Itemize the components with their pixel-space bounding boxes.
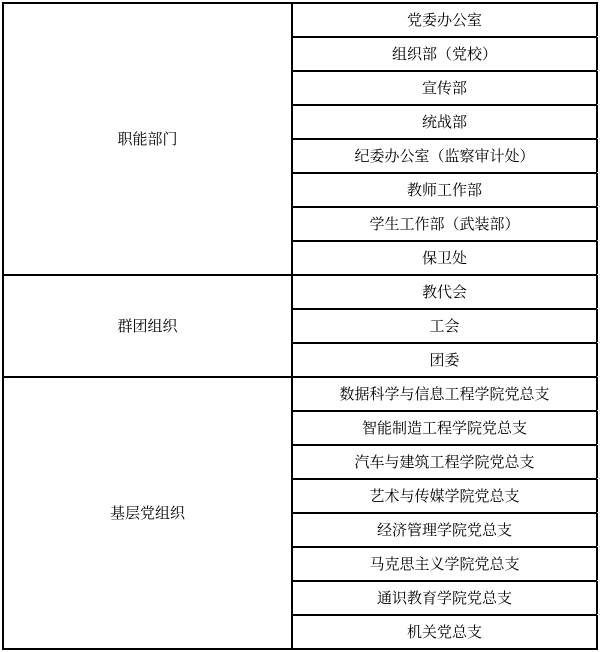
unit-cell: 教师工作部 [292, 173, 597, 207]
category-cell-grassroots-party-organizations: 基层党组织 [3, 377, 292, 649]
unit-cell: 经济管理学院党总支 [292, 513, 597, 547]
unit-cell: 纪委办公室（监察审计处） [292, 139, 597, 173]
unit-cell: 智能制造工程学院党总支 [292, 411, 597, 445]
category-cell-mass-organizations: 群团组织 [3, 275, 292, 377]
organization-table: 职能部门 党委办公室 组织部（党校） 宣传部 统战部 纪委办公室（监察审计处） … [2, 2, 598, 650]
unit-cell: 数据科学与信息工程学院党总支 [292, 377, 597, 411]
unit-cell: 马克思主义学院党总支 [292, 547, 597, 581]
unit-cell: 宣传部 [292, 71, 597, 105]
category-cell-functional-departments: 职能部门 [3, 3, 292, 275]
unit-cell: 团委 [292, 343, 597, 377]
unit-cell: 统战部 [292, 105, 597, 139]
table-row: 职能部门 党委办公室 [3, 3, 597, 37]
unit-cell: 组织部（党校） [292, 37, 597, 71]
unit-cell: 汽车与建筑工程学院党总支 [292, 445, 597, 479]
table-row: 群团组织 教代会 [3, 275, 597, 309]
unit-cell: 学生工作部（武装部） [292, 207, 597, 241]
unit-cell: 艺术与传媒学院党总支 [292, 479, 597, 513]
unit-cell: 工会 [292, 309, 597, 343]
unit-cell: 通识教育学院党总支 [292, 581, 597, 615]
unit-cell: 党委办公室 [292, 3, 597, 37]
unit-cell: 机关党总支 [292, 615, 597, 649]
unit-cell: 教代会 [292, 275, 597, 309]
table-row: 基层党组织 数据科学与信息工程学院党总支 [3, 377, 597, 411]
unit-cell: 保卫处 [292, 241, 597, 275]
